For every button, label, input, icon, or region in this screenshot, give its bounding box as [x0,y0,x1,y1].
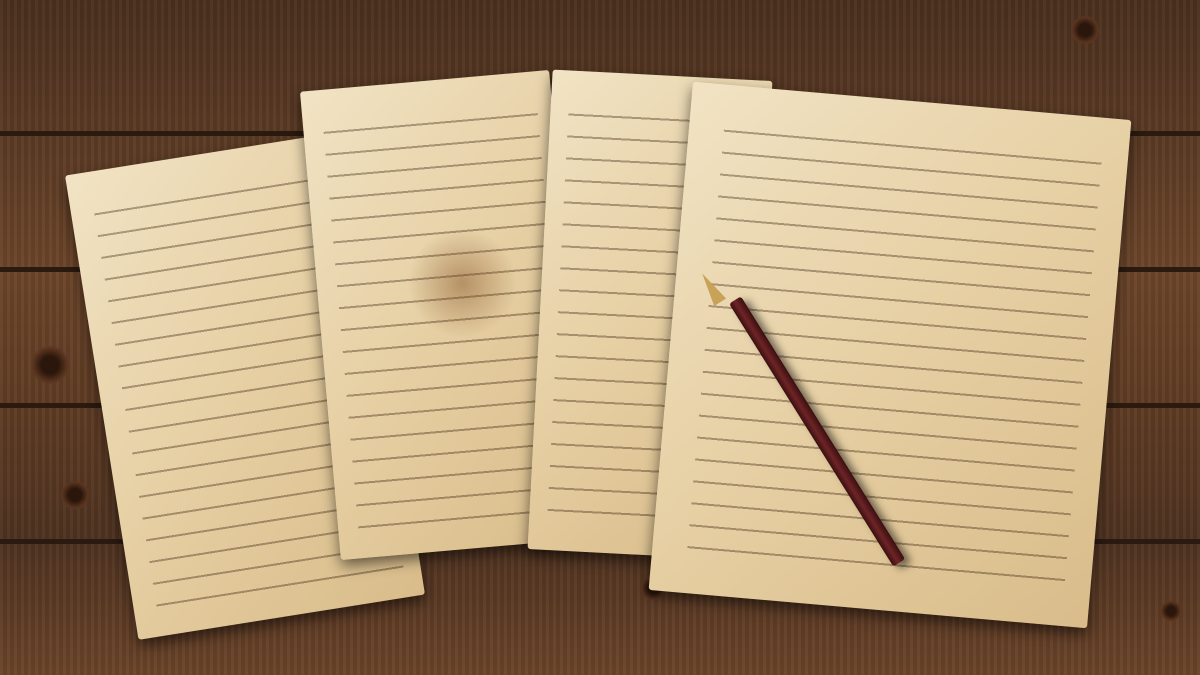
wood-knot [1160,600,1182,622]
wood-knot [1070,15,1100,45]
wood-knot [30,345,70,385]
wood-knot [60,480,90,510]
